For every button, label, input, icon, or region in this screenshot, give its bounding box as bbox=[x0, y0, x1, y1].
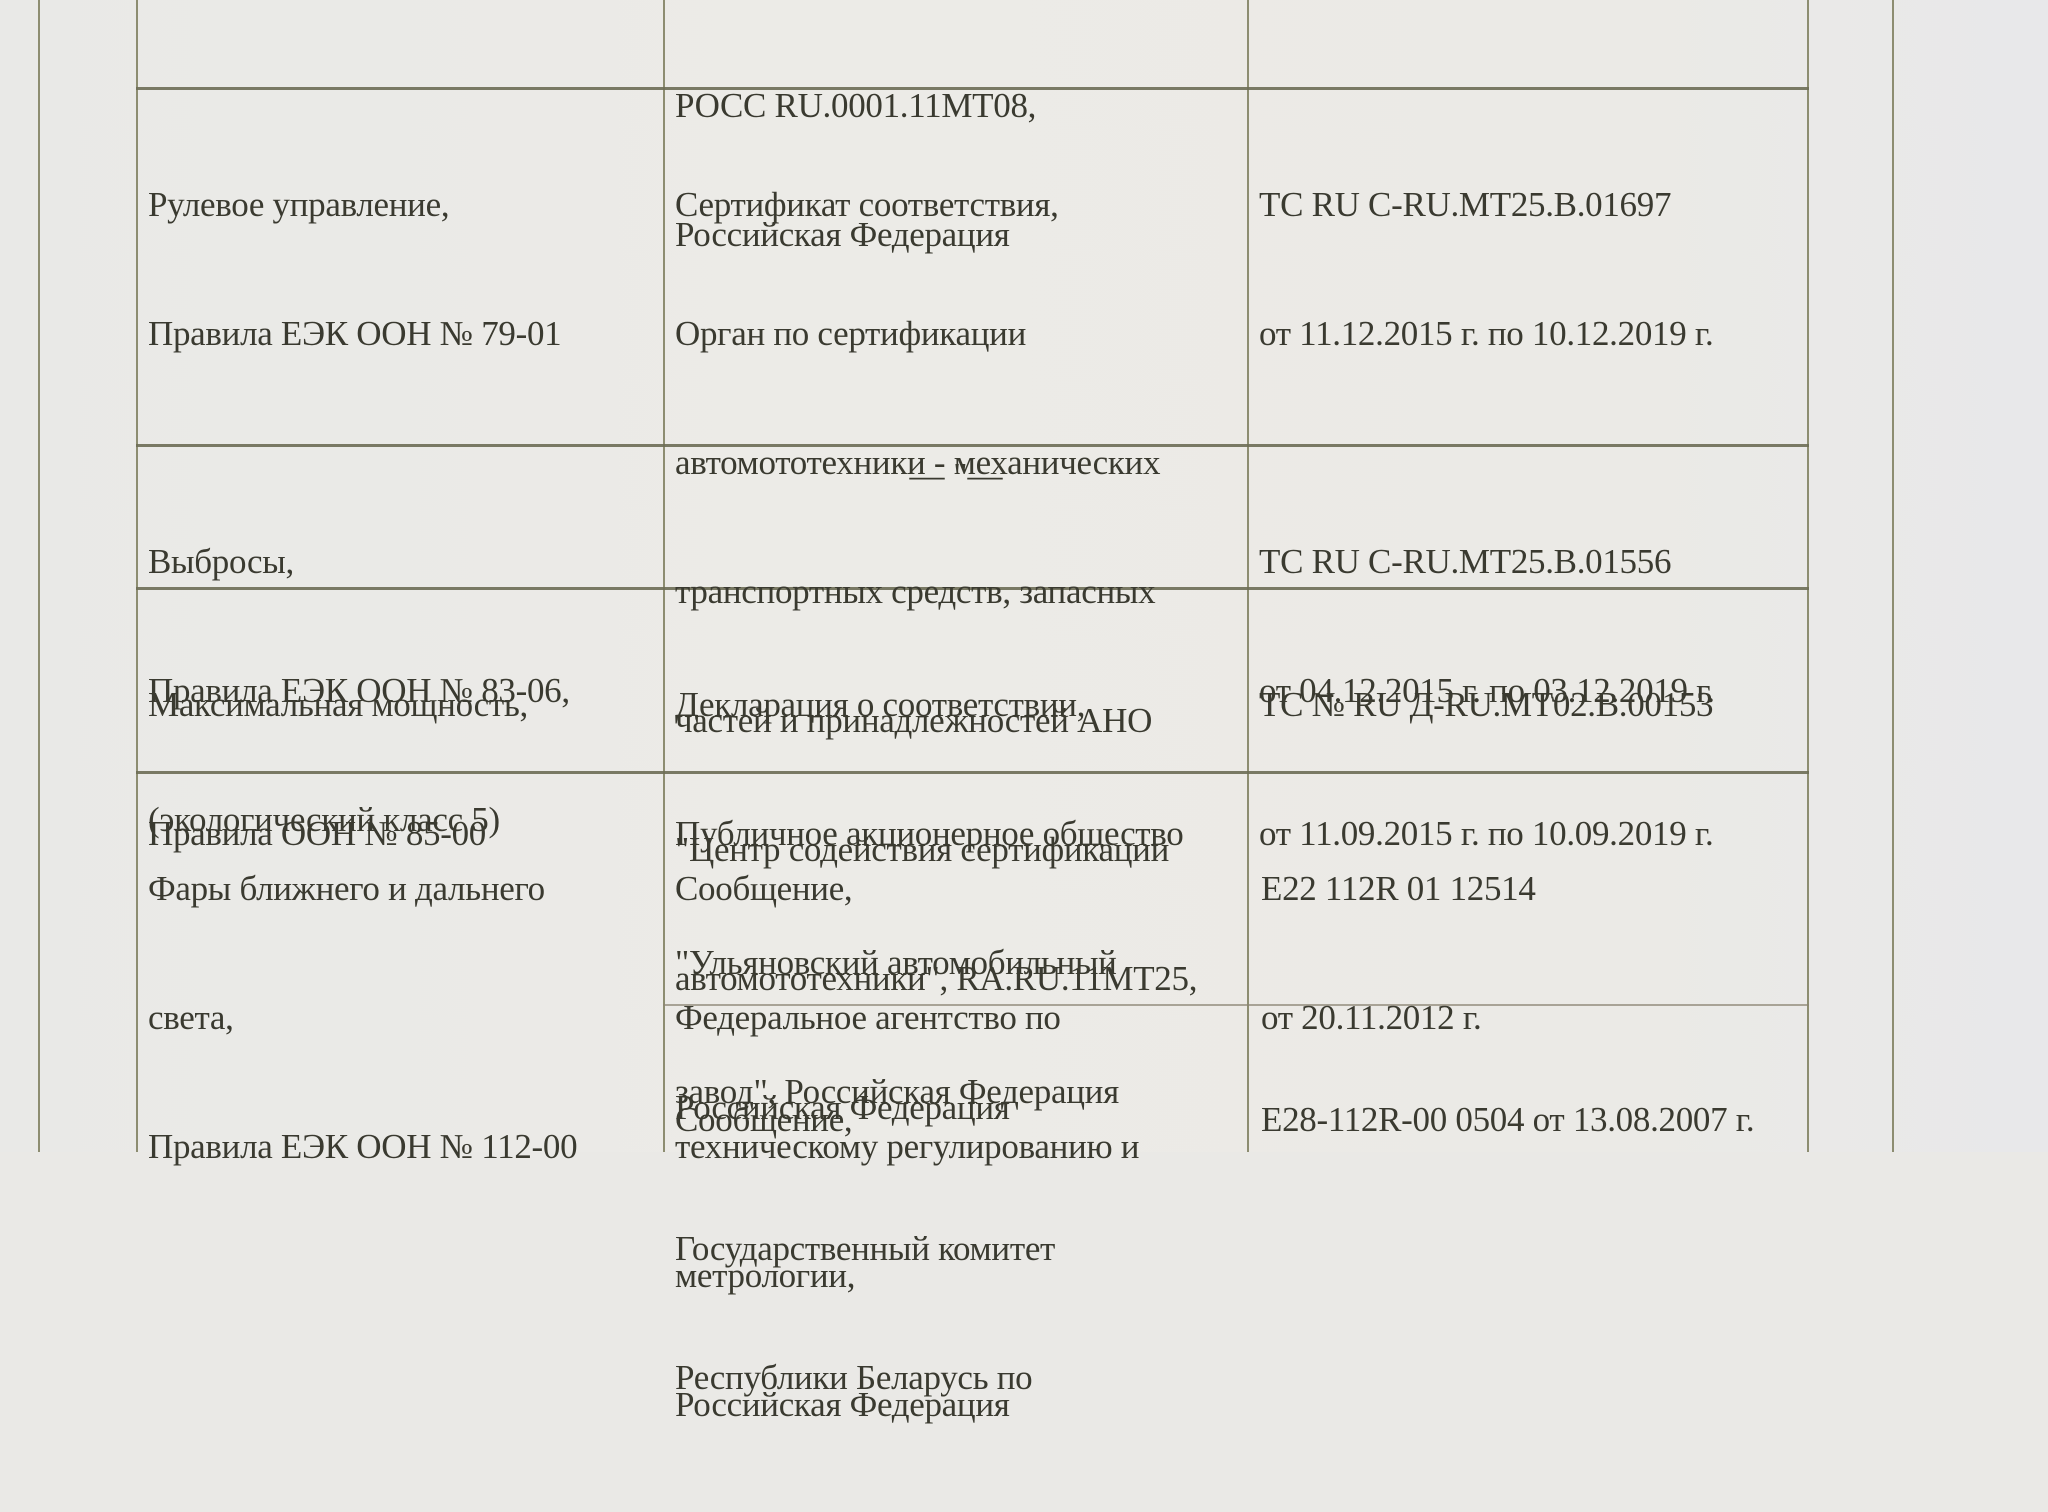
page-margin-line-left bbox=[38, 0, 40, 1152]
row-headlamps-by-number: E28-112R-00 0504 от 13.08.2007 г. bbox=[1261, 1012, 1754, 1152]
text-line: Сообщение, bbox=[675, 867, 1139, 910]
scanned-document-page: РОСС RU.0001.11МТ08, Российская Федераци… bbox=[0, 0, 2048, 1152]
row-steering-number: ТС RU C-RU.МТ25.В.01697 от 11.12.2015 г.… bbox=[1259, 97, 1713, 441]
text-line: Сертификат соответствия, bbox=[675, 183, 1197, 226]
row-emissions-document-ditto: — "— bbox=[665, 454, 1247, 497]
text-line: Декларация о соответствии, bbox=[675, 683, 1183, 726]
text-line: Правила ЕЭК ООН № 112-00 bbox=[148, 1125, 577, 1152]
table-border-left bbox=[136, 0, 138, 1152]
text-line: E22 112R 01 12514 bbox=[1261, 867, 1536, 910]
table-border-right bbox=[1807, 0, 1809, 1152]
text-line: E28-112R-00 0504 от 13.08.2007 г. bbox=[1261, 1098, 1754, 1141]
text-line: Правила ЕЭК ООН № 79-01 bbox=[148, 312, 561, 355]
text-line: ТС № RU Д-RU.МТ02.В.00153 bbox=[1259, 683, 1713, 726]
row-headlamps-by-document: Сообщение, Государственный комитет Респу… bbox=[675, 1012, 1055, 1152]
text-line: от 11.12.2015 г. по 10.12.2019 г. bbox=[1259, 312, 1713, 355]
row-headlamps-requirement: Фары ближнего и дальнего света, Правила … bbox=[148, 781, 577, 1152]
text-line: Фары ближнего и дальнего bbox=[148, 867, 577, 910]
text-line: Сообщение, bbox=[675, 1098, 1055, 1141]
table-column-divider-2 bbox=[1247, 0, 1249, 1152]
table-column-divider-1 bbox=[663, 0, 665, 1152]
text-line: ТС RU C-RU.МТ25.В.01556 bbox=[1259, 540, 1715, 583]
text-line: света, bbox=[148, 996, 577, 1039]
page-margin-line-right bbox=[1892, 0, 1894, 1152]
text-line: Орган по сертификации bbox=[675, 312, 1197, 355]
text-line: Максимальная мощность, bbox=[148, 683, 528, 726]
row-steering-requirement: Рулевое управление, Правила ЕЭК ООН № 79… bbox=[148, 97, 561, 441]
text-line: Выбросы, bbox=[148, 540, 570, 583]
text-line: Рулевое управление, bbox=[148, 183, 561, 226]
text-line: ТС RU C-RU.МТ25.В.01697 bbox=[1259, 183, 1713, 226]
